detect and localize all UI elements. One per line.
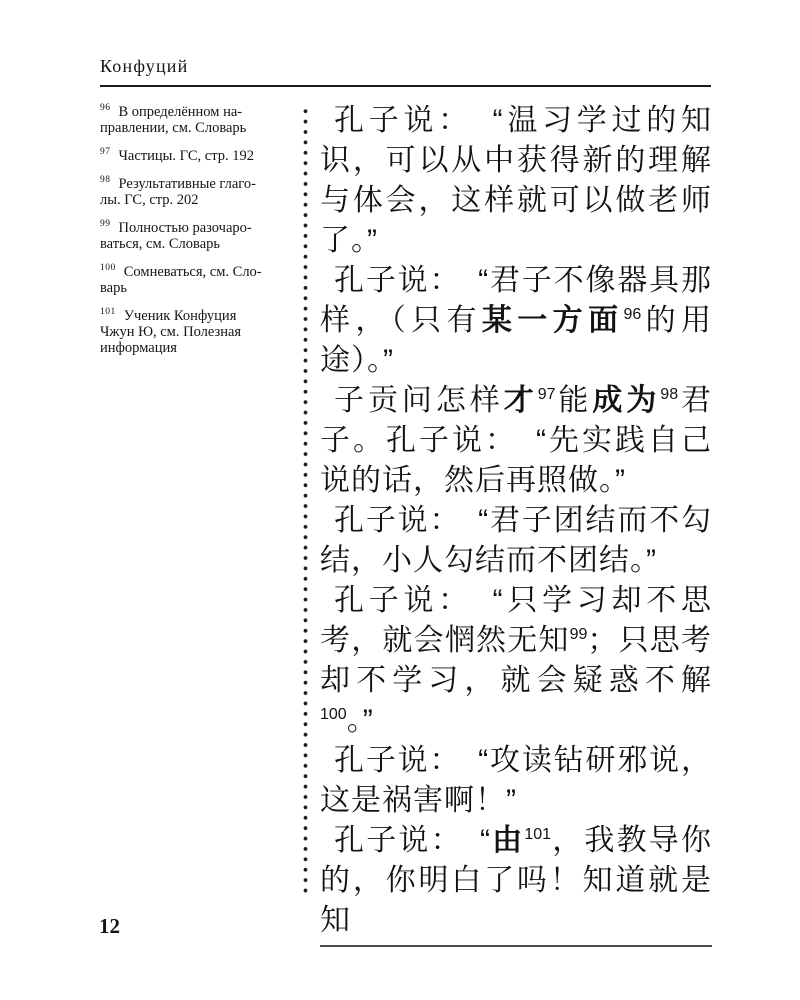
footnote-ref: 98	[660, 386, 678, 403]
footnote-text: Сомневаться, см. Сло-	[124, 264, 262, 280]
page-header-title: Конфуций	[100, 56, 188, 77]
footnote-text: Чжун Ю, см. Полезная	[100, 324, 300, 340]
bold-term: 由	[491, 824, 524, 857]
main-text-column: 孔子说： “温习学过的知识，可以从中获得新的理解与体会，这样就可以做老师了。” …	[320, 101, 712, 947]
paragraph: 孔子说： “君子不像器具那样，（只有某一方面96的用途）。”	[320, 261, 712, 381]
footnote: 101Ученик Конфуция Чжун Ю, см. Полезная …	[100, 308, 300, 356]
footnote-number: 96	[100, 103, 111, 113]
header-rule	[100, 85, 711, 87]
footnote-text: правлении, см. Словарь	[100, 120, 300, 136]
footnote-ref: 100	[320, 706, 347, 723]
footnote-number: 100	[100, 263, 116, 273]
footnote-number: 98	[100, 175, 111, 185]
footnote: 100Сомневаться, см. Сло- варь	[100, 264, 300, 296]
footnote-text: Частицы. ГС, стр. 192	[119, 148, 254, 164]
paragraph: 孔子说： “温习学过的知识，可以从中获得新的理解与体会，这样就可以做老师了。”	[320, 101, 712, 261]
footnote-number: 99	[100, 219, 111, 229]
paragraph: 子贡问怎样才97能成为98君子。孔子说： “先实践自己说的话，然后再照做。”	[320, 381, 712, 501]
footnote-text: ваться, см. Словарь	[100, 236, 300, 252]
footnote: 97Частицы. ГС, стр. 192	[100, 148, 300, 164]
bold-term: 某一方面	[482, 304, 624, 337]
footnote-text: В определённом на-	[119, 104, 243, 120]
footnote-number: 101	[100, 307, 116, 317]
page-bottom-rule	[320, 945, 712, 947]
footnote: 99Полностью разочаро- ваться, см. Словар…	[100, 220, 300, 252]
text-run: 孔子说： “	[334, 824, 491, 857]
text-run: 能	[555, 384, 592, 417]
paragraph: 孔子说： “由101，我教导你的，你明白了吗！知道就是知	[320, 821, 712, 941]
paragraph: 孔子说： “只学习却不思考，就会惘然无知99；只思考却不学习，就会疑惑不解100…	[320, 581, 712, 741]
footnote-text: Результативные глаго-	[119, 176, 256, 192]
text-run: 孔子说： “君子团结而不勾结，小人勾结而不团结。”	[320, 504, 712, 577]
text-run: 。”	[347, 704, 374, 737]
footnote-text: варь	[100, 280, 300, 296]
footnote-ref: 96	[623, 306, 641, 323]
page-number: 12	[99, 914, 120, 939]
paragraph: 孔子说： “攻读钻研邪说，这是祸害啊！”	[320, 741, 712, 821]
footnote-text: Ученик Конфуция	[124, 308, 237, 324]
footnote: 98Результативные глаго- лы. ГС, стр. 202	[100, 176, 300, 208]
paragraph: 孔子说： “君子团结而不勾结，小人勾结而不团结。”	[320, 501, 712, 581]
footnote-text: информация	[100, 340, 300, 356]
footnote-ref: 99	[570, 626, 588, 643]
bold-term: 成为	[592, 384, 660, 417]
footnote-text: лы. ГС, стр. 202	[100, 192, 300, 208]
bold-term: 才	[504, 384, 538, 417]
footnote-text: Полностью разочаро-	[119, 220, 252, 236]
text-run: 孔子说： “攻读钻研邪说，这是祸害啊！”	[320, 744, 712, 817]
column-divider-dotted	[302, 106, 309, 894]
footnote-number: 97	[100, 147, 111, 157]
text-run: 孔子说： “温习学过的知识，可以从中获得新的理解与体会，这样就可以做老师了。”	[320, 104, 712, 257]
footnotes-sidebar: 96В определённом на- правлении, см. Слов…	[100, 104, 300, 368]
footnote-ref: 97	[538, 386, 556, 403]
text-run: 子贡问怎样	[334, 384, 504, 417]
footnote: 96В определённом на- правлении, см. Слов…	[100, 104, 300, 136]
footnote-ref: 101	[524, 826, 551, 843]
